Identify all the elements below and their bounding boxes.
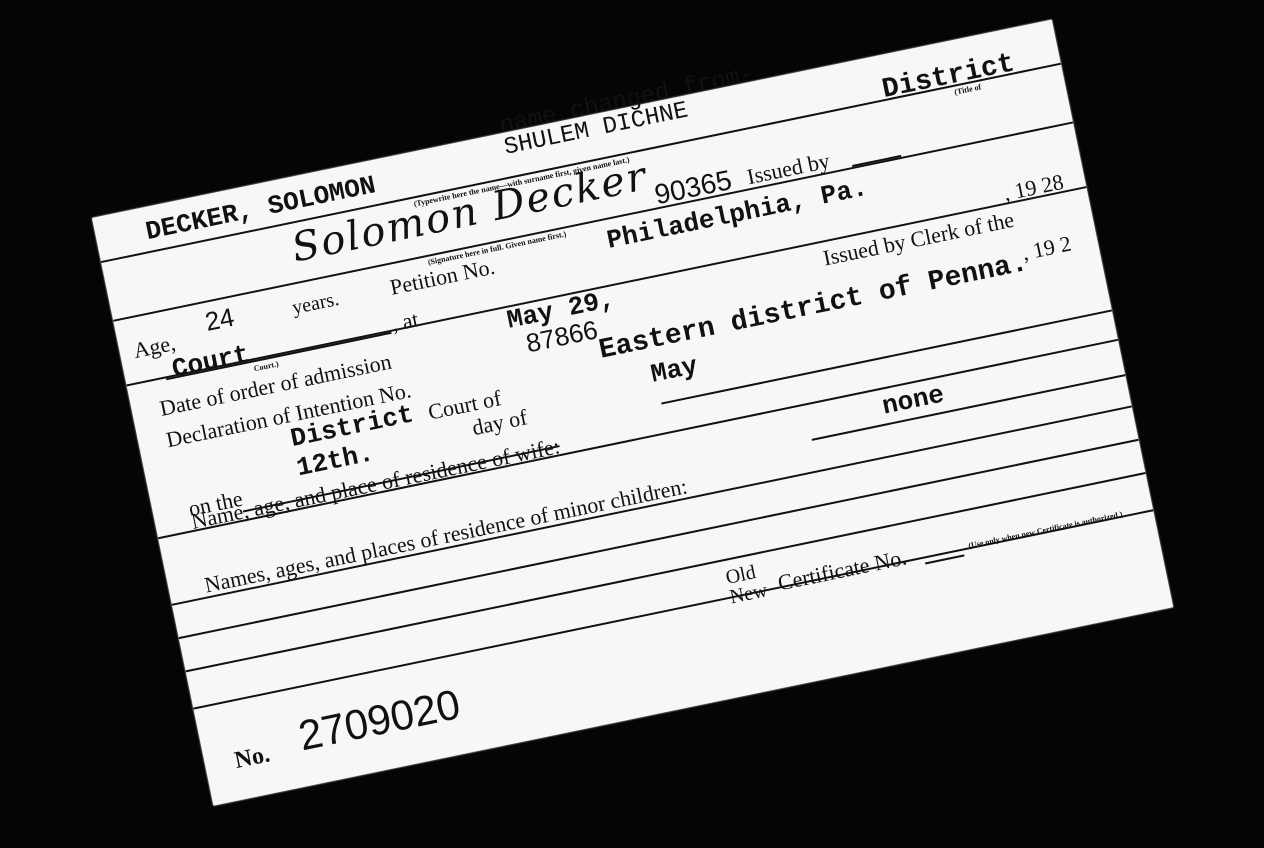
years-label: years. (290, 288, 341, 320)
court-title: District (879, 48, 1017, 106)
certificate-caption: (Use only when new Certificate is author… (968, 510, 1124, 551)
certificate-label: Certificate No. (776, 544, 909, 596)
year-1: , 19 28 (1001, 169, 1066, 207)
at-label: , at (389, 306, 421, 337)
age-value: 24 (202, 302, 237, 338)
naturalization-index-card: name changed from- SHULEM DICHNE DECKER,… (92, 20, 1173, 806)
year-2: , 19 2 (1020, 231, 1074, 266)
card-number: 2709020 (294, 680, 464, 760)
month-value: May (648, 351, 700, 390)
issued-by-blank (852, 155, 901, 167)
issuing-court: Eastern district of Penna. (596, 248, 1030, 367)
no-label: No. (232, 741, 272, 775)
rule-children (812, 374, 1126, 441)
